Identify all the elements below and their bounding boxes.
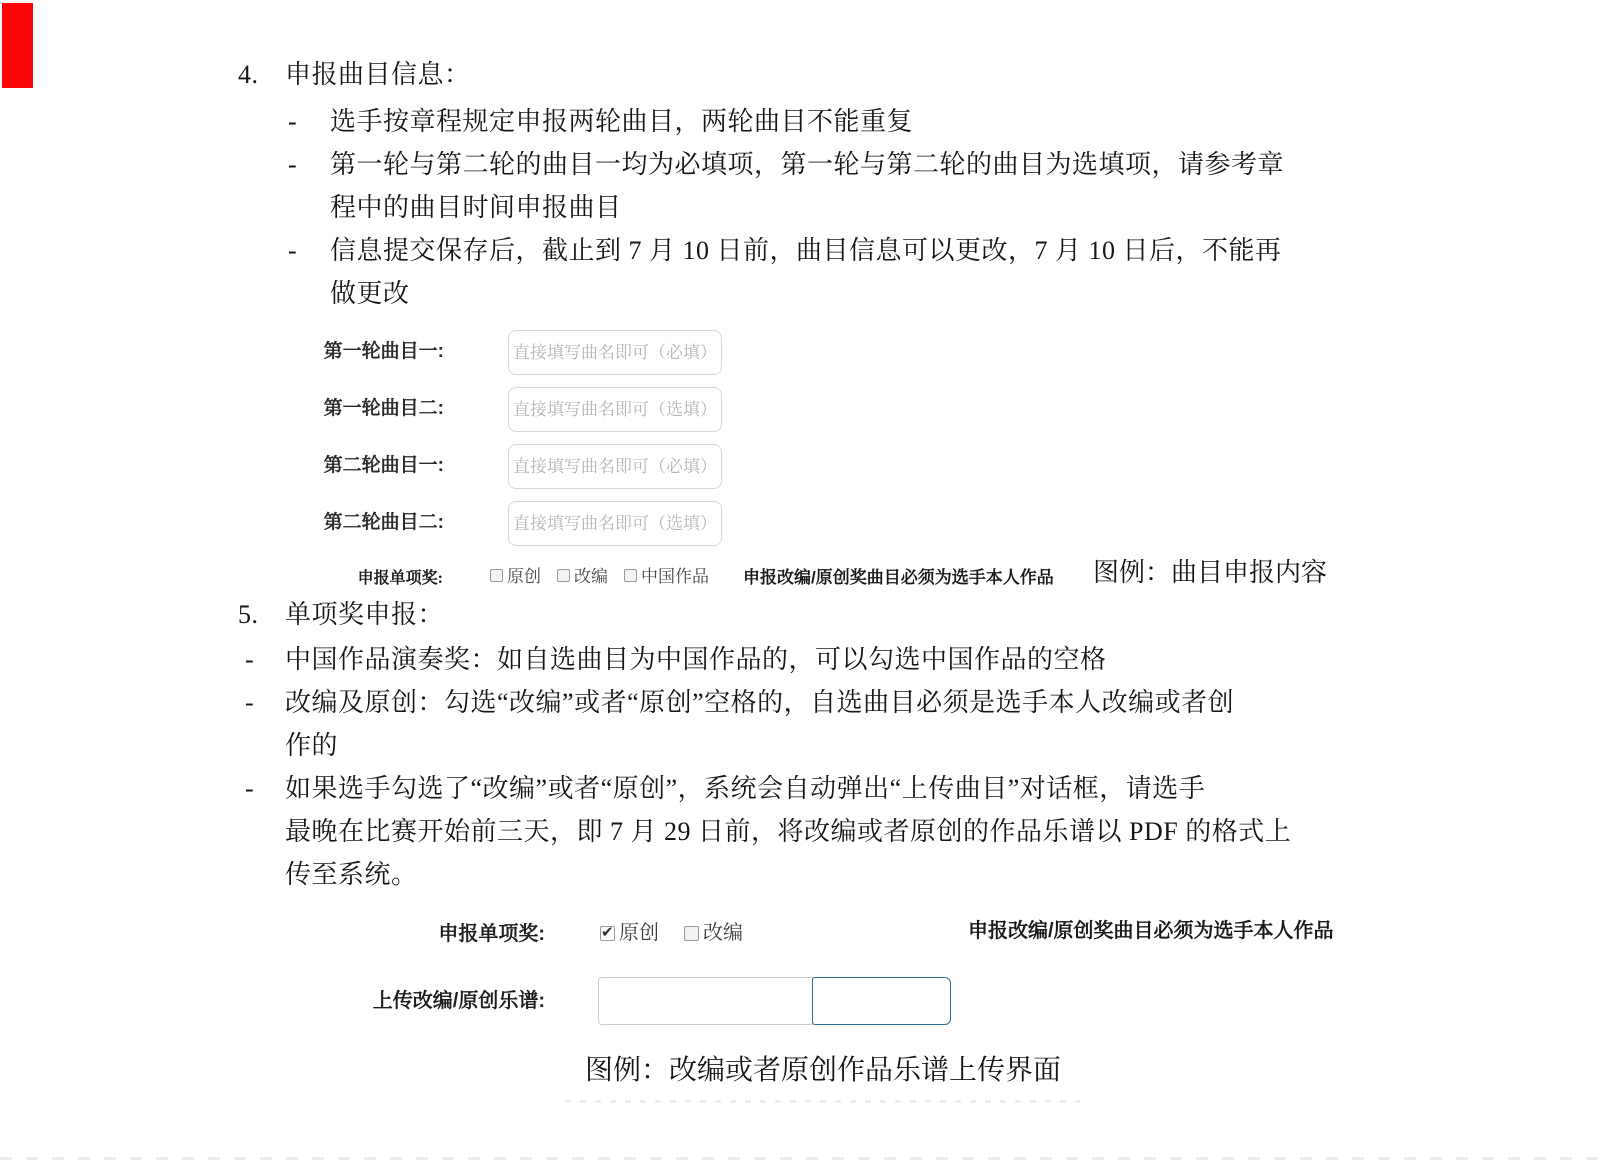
field-label-round2-song2: 第二轮曲目二: <box>320 512 444 534</box>
doc-line: 传至系统。 <box>285 860 418 890</box>
form1-checkbox-arrangement-label[interactable]: 改编 <box>574 567 608 587</box>
form2-checkbox-original-label[interactable]: 原创 <box>619 922 659 945</box>
doc-line: 程中的曲目时间申报曲目 <box>330 193 622 223</box>
round1-song2-input[interactable] <box>508 387 722 432</box>
doc-line: 中国作品演奏奖：如自选曲目为中国作品的，可以勾选中国作品的空格 <box>285 645 1107 675</box>
doc-line: 如果选手勾选了“改编”或者“原创”，系统会自动弹出“上传曲目”对话框，请选手 <box>285 774 1205 804</box>
round1-song1-input[interactable] <box>508 330 722 375</box>
bullet-dash: - <box>288 150 297 180</box>
figure-caption-form2: 图例：改编或者原创作品乐谱上传界面 <box>585 1055 1061 1087</box>
form2-checkbox-arrangement[interactable] <box>684 926 699 941</box>
document-page: 4. 申报曲目信息： - 选手按章程规定申报两轮曲目，两轮曲目不能重复 - 第一… <box>0 0 1600 1164</box>
round2-song1-input[interactable] <box>508 444 722 489</box>
folder-icon <box>833 992 858 1011</box>
figure-caption-form1: 图例：曲目申报内容 <box>1093 558 1327 588</box>
form1-checkbox-arrangement[interactable] <box>557 569 570 582</box>
bullet-dash: - <box>288 107 297 137</box>
scan-noise-bottom <box>0 1157 1600 1160</box>
form1-checkbox-chinese-work[interactable] <box>624 569 637 582</box>
scan-noise-line <box>565 1100 1080 1103</box>
field-label-award2: 申报单项奖: <box>420 923 545 946</box>
doc-line: 选手按章程规定申报两轮曲目，两轮曲目不能重复 <box>330 107 913 137</box>
section-title: 单项奖申报： <box>285 600 444 630</box>
form2-checkbox-original[interactable] <box>600 926 615 941</box>
doc-line: 改编及原创：勾选“改编”或者“原创”空格的，自选曲目必须是选手本人改编或者创 <box>285 688 1234 718</box>
form1-checkbox-original-label[interactable]: 原创 <box>507 567 541 587</box>
doc-line: 做更改 <box>330 279 410 309</box>
field-label-round2-song1: 第二轮曲目一: <box>320 455 444 477</box>
doc-line: 第一轮与第二轮的曲目一均为必填项，第一轮与第二轮的曲目为选填项，请参考章 <box>330 150 1284 180</box>
field-label-round1-song1: 第一轮曲目一: <box>320 341 444 363</box>
field-label-round1-song2: 第一轮曲目二: <box>320 398 444 420</box>
field-label-award: 申报单项奖: <box>330 570 443 588</box>
bullet-dash: - <box>245 688 254 718</box>
list-number: 5. <box>238 600 259 630</box>
form1-checkbox-original[interactable] <box>490 569 503 582</box>
field-label-upload-score: 上传改编/原创乐谱: <box>365 990 545 1013</box>
upload-file-input[interactable] <box>598 977 813 1025</box>
red-scan-marker <box>2 3 33 88</box>
form2-checkbox-arrangement-label[interactable]: 改编 <box>703 922 743 945</box>
list-number: 4. <box>238 60 259 90</box>
award-note-2: 申报改编/原创奖曲目必须为选手本人作品 <box>968 920 1334 943</box>
round2-song2-input[interactable] <box>508 501 722 546</box>
bullet-dash: - <box>245 774 254 804</box>
form1-checkbox-chinese-work-label[interactable]: 中国作品 <box>641 567 709 587</box>
browse-button[interactable]: 选择 ... <box>812 977 951 1025</box>
doc-line: 作的 <box>285 731 338 761</box>
doc-line: 信息提交保存后，截止到 7 月 10 日前，曲目信息可以更改，7 月 10 日后… <box>330 236 1282 266</box>
browse-button-label: 选择 ... <box>867 987 929 1016</box>
section-title: 申报曲目信息： <box>285 60 471 90</box>
bullet-dash: - <box>288 236 297 266</box>
award-note: 申报改编/原创奖曲目必须为选手本人作品 <box>743 568 1054 588</box>
bullet-dash: - <box>245 645 254 675</box>
doc-line: 最晚在比赛开始前三天，即 7 月 29 日前，将改编或者原创的作品乐谱以 PDF… <box>285 817 1291 847</box>
